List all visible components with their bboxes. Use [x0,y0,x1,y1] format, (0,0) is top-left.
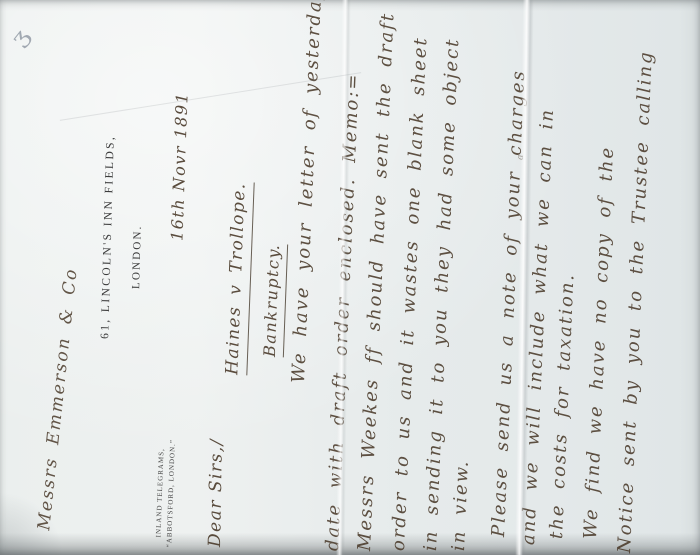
letterhead-address-line1: 61, LINCOLN'S INN FIELDS, [99,135,117,339]
addressee-line: Messrs Emmerson & Co [34,267,81,532]
body-line-6: in view. [448,459,473,551]
case-heading: Haines v Trollope. [222,182,254,376]
letterhead-telegrams-block: INLAND TELEGRAMS, “ABBOTSFORD, LONDON.” [153,437,179,550]
pencil-corner-mark: ʒ [6,24,34,50]
letter-page: ʒ Messrs Emmerson & Co 61, LINCOLN'S INN… [0,0,700,555]
body-line-9: the costs for taxation. [546,272,579,539]
tiny-margin-mark: a [516,155,526,160]
letterhead-address-line2: LONDON. [130,224,144,289]
body-line-10: We find we have no copy of the [580,145,618,539]
matter-heading: Bankruptcy. [260,243,288,357]
body-line-1: We have your letter of yesterday's [288,0,327,383]
scanned-letter: ʒ Messrs Emmerson & Co 61, LINCOLN'S INN… [0,0,700,555]
letter-date: 16th Novr 1891 [167,91,191,241]
body-line-11: Notice sent by you to the Trustee callin… [614,50,657,554]
salutation: Dear Sirs,/ [205,438,227,547]
